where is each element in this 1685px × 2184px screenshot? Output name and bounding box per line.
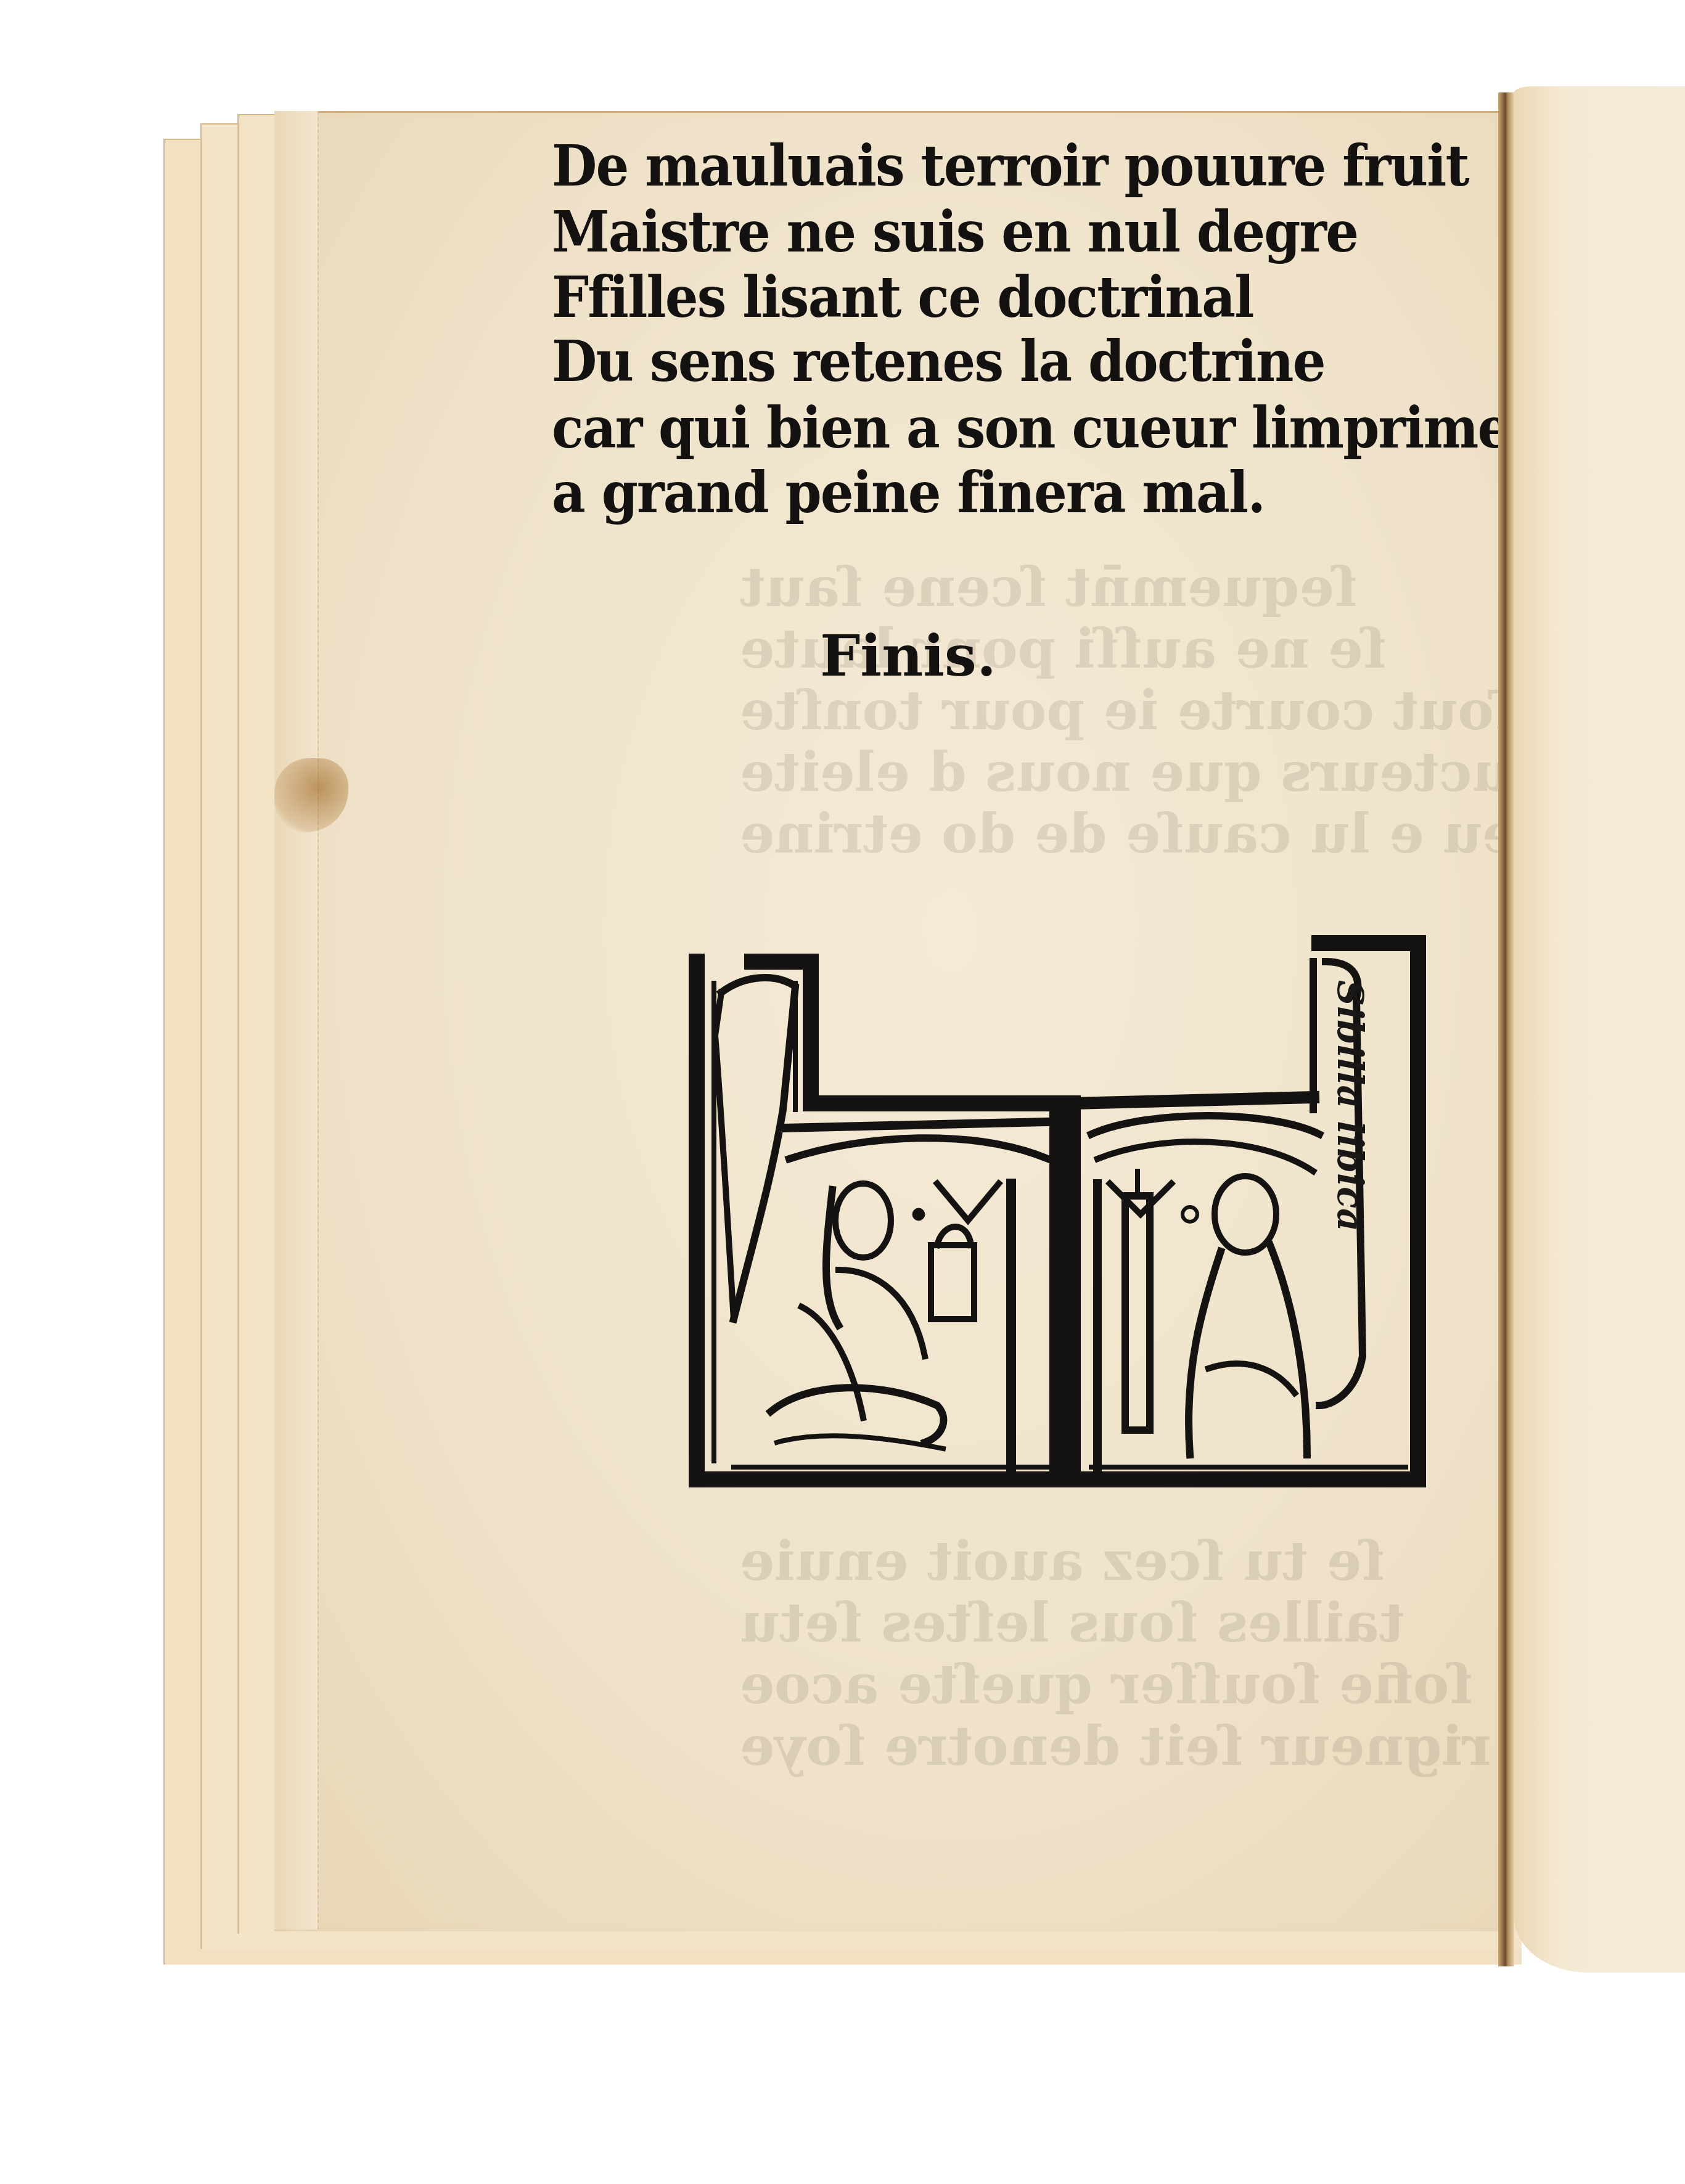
verse-line-5: car qui bien a son cueur limprime bbox=[552, 395, 1509, 461]
verse-line-4: Du sens retenes la doctrine bbox=[552, 328, 1325, 395]
gutter-binding bbox=[1498, 92, 1514, 1966]
verse-line-6: a grand peine finera mal. bbox=[552, 459, 1265, 526]
colophon-finis: Finis. bbox=[820, 623, 996, 689]
woodcut-illustration: Sibilla libica bbox=[678, 925, 1437, 1501]
verse-line-2: Maistre ne suis en nul degre bbox=[552, 198, 1358, 265]
deckle-edge bbox=[274, 111, 319, 1929]
show-through-line: Oucteurs que nous d eleite bbox=[740, 740, 1559, 804]
show-through-line: ſe tu ſcez auoit enuie bbox=[740, 1529, 1385, 1593]
show-through-line: tailles ſous leſtes ſetu bbox=[740, 1590, 1404, 1654]
right-page bbox=[1514, 86, 1685, 1973]
verse-line-1: De mauluais terroir pouure fruit bbox=[552, 133, 1469, 199]
show-through-line: rigneur ſeit denotre ſoye bbox=[740, 1714, 1491, 1778]
show-through-line: ſofie ſouſſer queſte acoe bbox=[740, 1652, 1472, 1716]
verse-line-3: Ffilles lisant ce doctrinal bbox=[552, 264, 1253, 330]
show-through-line: ſequemn̄t ſcene ſaut bbox=[740, 555, 1357, 619]
banderole-text: Sibilla libica bbox=[1329, 980, 1371, 1232]
